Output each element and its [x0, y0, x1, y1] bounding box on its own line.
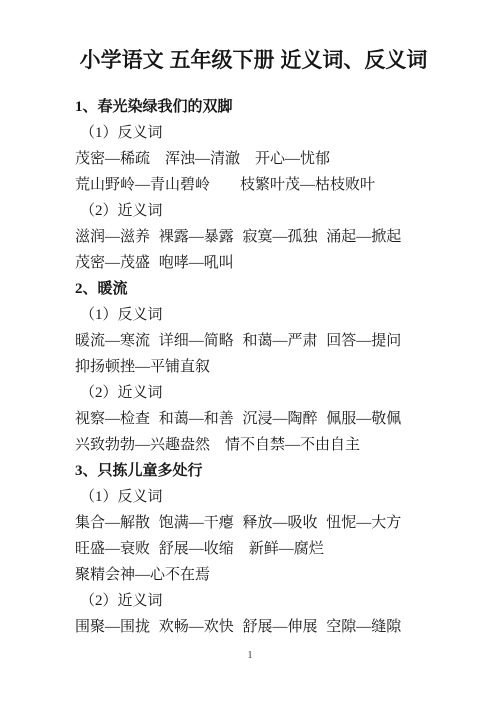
- page-number: 1: [0, 650, 500, 661]
- document-page: 小学语文 五年级下册 近义词、反义词 1、春光染绿我们的双脚 （1）反义词 茂密…: [0, 0, 500, 707]
- subsection-label: （1）反义词: [75, 302, 440, 328]
- document-content: 小学语文 五年级下册 近义词、反义词 1、春光染绿我们的双脚 （1）反义词 茂密…: [0, 0, 500, 640]
- subsection: （1）反义词 茂密—稀疏 浑浊—清澈 开心—忧郁 荒山野岭—青山碧岭 枝繁叶茂—…: [75, 120, 440, 198]
- word-pairs-line: 茂密—茂盛 咆哮—吼叫: [75, 250, 440, 276]
- section-heading: 1、春光染绿我们的双脚: [75, 94, 440, 120]
- word-pairs-line: 旺盛—衰败 舒展—收缩 新鲜—腐烂: [75, 536, 440, 562]
- section: 2、暖流 （1）反义词 暖流—寒流 详细—简略 和蔼—严肃 回答—提问 抑扬顿挫…: [75, 276, 440, 458]
- word-pairs-line: 抑扬顿挫—平铺直叙: [75, 354, 440, 380]
- subsection: （2）近义词 围聚—围拢 欢畅—欢快 舒展—伸展 空隙—缝隙: [75, 588, 440, 640]
- section: 3、只拣儿童多处行 （1）反义词 集合—解散 饱满—干瘪 释放—吸收 忸怩—大方…: [75, 458, 440, 640]
- subsection-label: （1）反义词: [75, 120, 440, 146]
- subsection: （1）反义词 暖流—寒流 详细—简略 和蔼—严肃 回答—提问 抑扬顿挫—平铺直叙: [75, 302, 440, 380]
- word-pairs-line: 滋润—滋养 裸露—暴露 寂寞—孤独 涌起—掀起: [75, 224, 440, 250]
- word-pairs-line: 荒山野岭—青山碧岭 枝繁叶茂—枯枝败叶: [75, 172, 440, 198]
- section: 1、春光染绿我们的双脚 （1）反义词 茂密—稀疏 浑浊—清澈 开心—忧郁 荒山野…: [75, 94, 440, 276]
- subsection: （1）反义词 集合—解散 饱满—干瘪 释放—吸收 忸怩—大方 旺盛—衰败 舒展—…: [75, 484, 440, 588]
- word-pairs-line: 兴致勃勃—兴趣盎然 情不自禁—不由自主: [75, 432, 440, 458]
- subsection-label: （2）近义词: [75, 198, 440, 224]
- subsection-label: （2）近义词: [75, 588, 440, 614]
- subsection: （2）近义词 视察—检查 和蔼—和善 沉浸—陶醉 佩服—敬佩 兴致勃勃—兴趣盎然…: [75, 380, 440, 458]
- word-pairs-line: 视察—检查 和蔼—和善 沉浸—陶醉 佩服—敬佩: [75, 406, 440, 432]
- document-title: 小学语文 五年级下册 近义词、反义词: [67, 46, 440, 76]
- word-pairs-line: 聚精会神—心不在焉: [75, 562, 440, 588]
- subsection-label: （2）近义词: [75, 380, 440, 406]
- section-heading: 2、暖流: [75, 276, 440, 302]
- word-pairs-line: 茂密—稀疏 浑浊—清澈 开心—忧郁: [75, 146, 440, 172]
- word-pairs-line: 围聚—围拢 欢畅—欢快 舒展—伸展 空隙—缝隙: [75, 614, 440, 640]
- subsection: （2）近义词 滋润—滋养 裸露—暴露 寂寞—孤独 涌起—掀起 茂密—茂盛 咆哮—…: [75, 198, 440, 276]
- section-heading: 3、只拣儿童多处行: [75, 458, 440, 484]
- word-pairs-line: 集合—解散 饱满—干瘪 释放—吸收 忸怩—大方: [75, 510, 440, 536]
- word-pairs-line: 暖流—寒流 详细—简略 和蔼—严肃 回答—提问: [75, 328, 440, 354]
- subsection-label: （1）反义词: [75, 484, 440, 510]
